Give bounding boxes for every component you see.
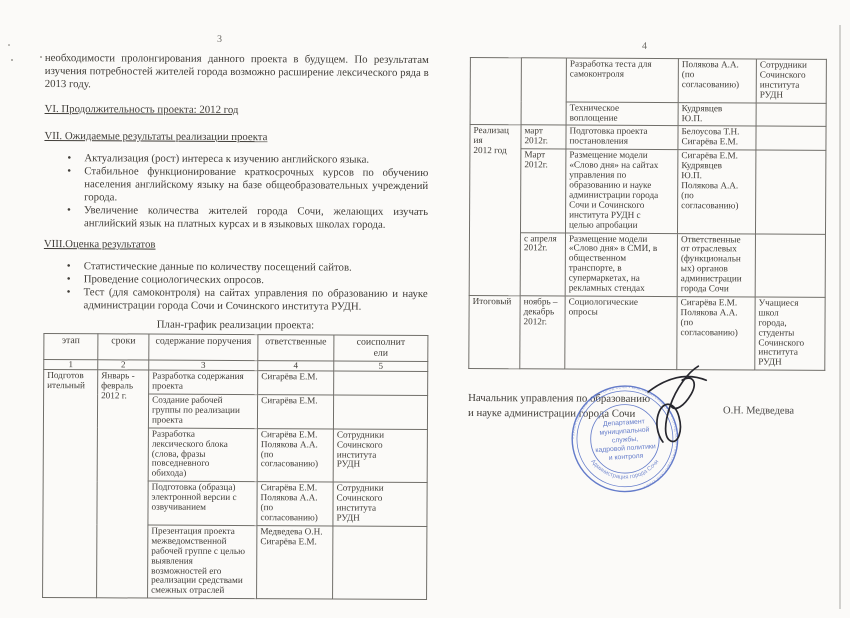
table-row: Итоговый ноябрь – декабрь 2012г. Социоло…	[469, 295, 825, 370]
plan-table-page3: этап сроки содержание поручения ответств…	[42, 333, 428, 600]
list-item: Увеличение количества жителей города Соч…	[84, 204, 428, 232]
handwritten-signature	[626, 361, 712, 453]
column-number: 1	[44, 360, 98, 370]
task-cell: Социологические опросы	[565, 296, 677, 370]
task-cell: Презентация проекта межведомственной раб…	[148, 525, 257, 599]
scanned-document-page: { "page3": { "page_number": "3", "intro_…	[0, 0, 850, 618]
task-cell: Размещение модели «Слово дня» на сайтах …	[565, 149, 677, 233]
intro-paragraph: необходимости пролонгирования данного пр…	[45, 52, 429, 93]
list-item: Стабильное функционирование краткосрочны…	[84, 165, 428, 206]
coexecutor-cell	[756, 103, 826, 127]
coexecutor-cell	[333, 526, 427, 600]
coexecutor-cell	[755, 150, 825, 234]
stamp-line-5: и контроля	[609, 453, 644, 462]
page-3: 3 необходимости пролонгирования данного …	[42, 33, 429, 600]
table-caption: План-график реализации проекта:	[43, 318, 427, 332]
responsible-cell: Кудрявцев Ю.П.	[678, 102, 756, 126]
responsible-cell: Сигарёва Е.М. Кудрявцев Ю.П. Полякова А.…	[677, 150, 755, 234]
table-row: Реализац ия 2012 год март 2012г. Подгото…	[470, 125, 826, 151]
plan-table-page4: Разработка теста для самоконтроля Поляко…	[468, 57, 827, 371]
responsible-cell: Ответственные от отраслевых (функциональ…	[677, 233, 755, 297]
column-header: ответственные	[258, 335, 334, 362]
scan-edge-line	[839, 25, 841, 609]
table-row: Подготов ительный Январь - февраль 2012 …	[44, 370, 428, 396]
column-header: содержание поручения	[149, 334, 258, 361]
expected-results-list: Актуализация (рост) интереса к изучению …	[44, 152, 428, 232]
page-number-3: 3	[217, 34, 222, 45]
coexecutor-cell: Сотрудники Сочинского института РУДН	[333, 482, 427, 526]
section-heading-vii: VII. Ожидаемые результаты реализации про…	[44, 130, 428, 145]
stage-cell: Итоговый	[469, 295, 520, 369]
coexecutor-cell: Сотрудники Сочинского института РУДН	[756, 59, 826, 103]
table-row: с апреля 2012г. Размещение модели «Слово…	[469, 232, 825, 297]
page-number-4: 4	[642, 41, 647, 52]
responsible-cell: Медведева О.Н. Сигарёва Е.М.	[257, 525, 333, 599]
section-heading-viii: VIII.Оценка результатов	[44, 238, 428, 253]
task-cell: Разработка содержания проекта	[149, 370, 258, 394]
coexecutor-cell	[333, 395, 427, 429]
task-cell: Создание рабочей группы по реализации пр…	[148, 394, 257, 428]
coexecutor-cell	[756, 126, 826, 150]
column-number: 2	[98, 360, 149, 370]
task-cell: Разработка теста для самоконтроля	[566, 58, 678, 102]
coexecutor-cell: Сотрудники Сочинского института РУДН	[333, 429, 427, 483]
period-cell: Январь - февраль 2012 г.	[97, 370, 149, 598]
column-header: сроки	[98, 334, 149, 360]
period-cell: Март 2012г.	[520, 149, 565, 232]
period-cell: с апреля 2012г.	[520, 232, 565, 296]
responsible-cell: Сигарёва Е.М. Полякова А.А. (по согласов…	[677, 297, 755, 371]
scan-speck	[8, 44, 10, 46]
responsible-cell: Сигарёва Е.М.	[257, 395, 333, 429]
scan-speck	[11, 59, 13, 61]
page-4: 4 Разработка теста для самоконтроля Поля…	[468, 40, 830, 371]
signature-strokes	[648, 366, 706, 442]
scan-speck	[40, 56, 42, 58]
task-cell: Техническое воплощение	[566, 102, 678, 126]
evaluation-list: Статистические данные по количеству посе…	[44, 260, 428, 314]
coexecutor-cell	[755, 233, 825, 297]
task-cell: Размещение модели «Слово дня» в СМИ, в о…	[565, 233, 677, 297]
column-header: этап	[44, 333, 98, 359]
column-number: 4	[258, 361, 334, 371]
column-number: 5	[334, 361, 428, 371]
responsible-cell: Сигарёва Е.М. Полякова А.А. (по согласов…	[257, 428, 333, 482]
stage-cell: Реализац ия 2012 год	[469, 125, 521, 296]
stage-cell	[470, 58, 521, 126]
responsible-cell: Сигарёва Е.М.	[258, 371, 334, 395]
table-header-row: этап сроки содержание поручения ответств…	[44, 333, 428, 361]
task-cell: Разработка лексического блока (слова, фр…	[148, 428, 257, 482]
period-cell: ноябрь – декабрь 2012г.	[520, 296, 565, 370]
stage-cell: Подготов ительный	[43, 370, 98, 598]
period-cell	[521, 58, 566, 126]
column-number: 3	[149, 360, 258, 371]
task-cell: Подготовка (образца) электронной версии …	[148, 481, 257, 525]
table-row: Март 2012г. Размещение модели «Слово дня…	[469, 149, 825, 234]
section-heading-vi: VI. Продолжительность проекта: 2012 год	[45, 103, 429, 118]
column-header: соисполнит ели	[334, 335, 428, 362]
signer-name: О.Н. Медведева	[723, 405, 794, 416]
coexecutor-cell: Учащиеся школ города, студенты Сочинског…	[755, 297, 825, 371]
responsible-cell: Сигарёва Е.М. Полякова А.А. (по согласов…	[257, 482, 333, 526]
task-cell: Подготовка проекта постановления	[566, 125, 678, 149]
table-row: Разработка теста для самоконтроля Поляко…	[470, 58, 826, 103]
responsible-cell: Белоусова Т.Н. Сигарёва Е.М.	[678, 126, 756, 150]
responsible-cell: Полякова А.А. (по согласованию)	[678, 59, 756, 103]
list-item: Тест (для самоконтроля) на сайтах управл…	[84, 286, 428, 314]
period-cell: март 2012г.	[521, 125, 566, 149]
coexecutor-cell	[334, 371, 428, 395]
